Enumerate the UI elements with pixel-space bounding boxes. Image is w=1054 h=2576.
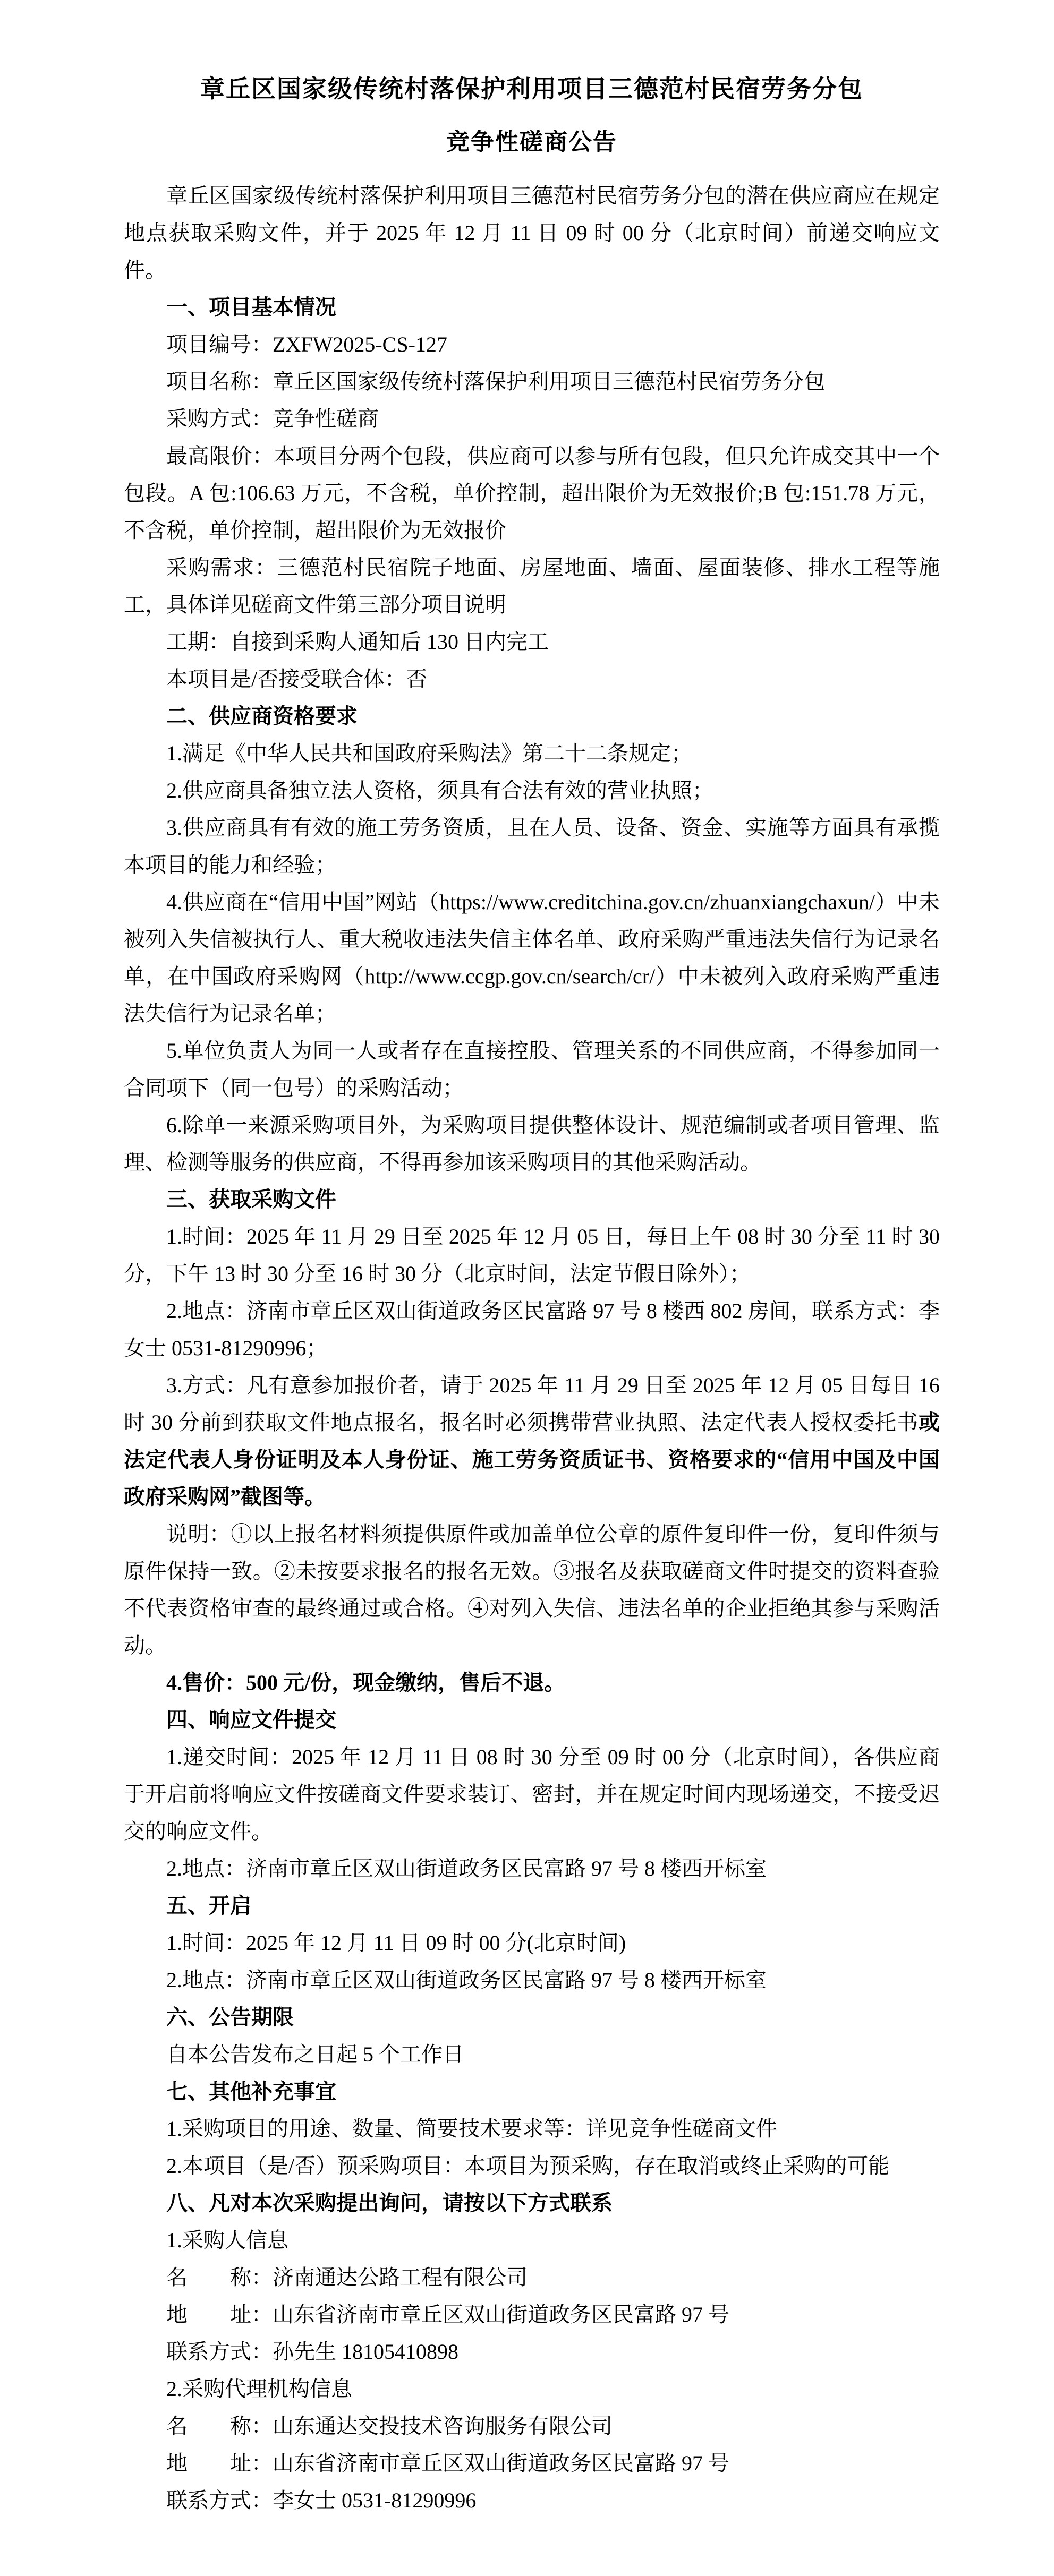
section-obtain-documents: 三、获取采购文件 1.时间：2025 年 11 月 29 日至 2025 年 1…: [124, 1181, 940, 1701]
heading-opening: 五、开启: [124, 1887, 940, 1924]
para-obtain-time: 1.时间：2025 年 11 月 29 日至 2025 年 12 月 05 日，…: [124, 1218, 940, 1293]
page-title-line-2: 竞争性磋商公告: [124, 116, 940, 169]
para-agency-address: 地 址：山东省济南市章丘区双山街道政务区民富路 97 号: [124, 2445, 940, 2482]
heading-supplier-qualification: 二、供应商资格要求: [124, 698, 940, 735]
para-agency-info-label: 2.采购代理机构信息: [124, 2370, 940, 2408]
para-project-number: 项目编号：ZXFW2025-CS-127: [124, 326, 940, 363]
para-obtain-method-normal: 3.方式：凡有意参加报价者，请于 2025 年 11 月 29 日至 2025 …: [124, 1373, 940, 1434]
para-purchaser-address: 地 址：山东省济南市章丘区双山街道政务区民富路 97 号: [124, 2296, 940, 2333]
para-announcement-period: 自本公告发布之日起 5 个工作日: [124, 2036, 940, 2073]
para-qualification-3: 3.供应商具有有效的施工劳务资质，且在人员、设备、资金、实施等方面具有承揽本项目…: [124, 809, 940, 884]
para-construction-period: 工期：自接到采购人通知后 130 日内完工: [124, 623, 940, 661]
para-procurement-method: 采购方式：竞争性磋商: [124, 400, 940, 438]
para-obtain-notes: 说明：①以上报名材料须提供原件或加盖单位公章的原件复印件一份，复印件须与原件保持…: [124, 1516, 940, 1664]
intro-paragraph: 章丘区国家级传统村落保护利用项目三德范村民宿劳务分包的潜在供应商应在规定地点获取…: [124, 177, 940, 289]
para-opening-time: 1.时间：2025 年 12 月 11 日 09 时 00 分(北京时间): [124, 1924, 940, 1962]
para-consortium: 本项目是/否接受联合体：否: [124, 661, 940, 698]
para-qualification-5: 5.单位负责人为同一人或者存在直接控股、管理关系的不同供应商，不得参加同一合同项…: [124, 1032, 940, 1107]
para-project-name: 项目名称：章丘区国家级传统村落保护利用项目三德范村民宿劳务分包: [124, 363, 940, 400]
section-opening: 五、开启 1.时间：2025 年 12 月 11 日 09 时 00 分(北京时…: [124, 1887, 940, 1999]
para-agency-contact: 联系方式：李女士 0531-81290996: [124, 2482, 940, 2519]
para-purchaser-info-label: 1.采购人信息: [124, 2222, 940, 2259]
para-qualification-4: 4.供应商在“信用中国”网站（https://www.creditchina.g…: [124, 884, 940, 1032]
section-announcement-period: 六、公告期限 自本公告发布之日起 5 个工作日: [124, 1999, 940, 2073]
section-project-info: 一、项目基本情况 项目编号：ZXFW2025-CS-127 项目名称：章丘区国家…: [124, 289, 940, 698]
para-purchaser-contact: 联系方式：孙先生 18105410898: [124, 2333, 940, 2370]
section-contact: 八、凡对本次采购提出询问，请按以下方式联系 1.采购人信息 名 称：济南通达公路…: [124, 2185, 940, 2519]
para-agency-name: 名 称：山东通达交投技术咨询服务有限公司: [124, 2408, 940, 2445]
page-title-line-1: 章丘区国家级传统村落保护利用项目三德范村民宿劳务分包: [124, 63, 940, 116]
para-qualification-2: 2.供应商具备独立法人资格，须具有合法有效的营业执照；: [124, 772, 940, 809]
para-qualification-1: 1.满足《中华人民共和国政府采购法》第二十二条规定；: [124, 735, 940, 772]
heading-response-submission: 四、响应文件提交: [124, 1701, 940, 1739]
para-submission-time: 1.递交时间：2025 年 12 月 11 日 08 时 30 分至 09 时 …: [124, 1739, 940, 1850]
section-response-submission: 四、响应文件提交 1.递交时间：2025 年 12 月 11 日 08 时 30…: [124, 1701, 940, 1887]
para-procurement-demand: 采购需求：三德范村民宿院子地面、房屋地面、墙面、屋面装修、排水工程等施工，具体详…: [124, 549, 940, 623]
para-qualification-6: 6.除单一来源采购项目外，为采购项目提供整体设计、规范编制或者项目管理、监理、检…: [124, 1107, 940, 1181]
para-max-price: 最高限价：本项目分两个包段，供应商可以参与所有包段，但只允许成交其中一个包段。A…: [124, 438, 940, 549]
para-other-1: 1.采购项目的用途、数量、简要技术要求等：详见竞争性磋商文件: [124, 2110, 940, 2147]
para-document-price: 4.售价：500 元/份，现金缴纳，售后不退。: [124, 1664, 940, 1701]
para-opening-location: 2.地点：济南市章丘区双山街道政务区民富路 97 号 8 楼西开标室: [124, 1962, 940, 1999]
document-page: 章丘区国家级传统村落保护利用项目三德范村民宿劳务分包 竞争性磋商公告 章丘区国家…: [0, 0, 1054, 2519]
heading-contact: 八、凡对本次采购提出询问，请按以下方式联系: [124, 2185, 940, 2222]
heading-project-info: 一、项目基本情况: [124, 289, 940, 326]
section-other-matters: 七、其他补充事宜 1.采购项目的用途、数量、简要技术要求等：详见竞争性磋商文件 …: [124, 2073, 940, 2185]
heading-other-matters: 七、其他补充事宜: [124, 2073, 940, 2110]
para-submission-location: 2.地点：济南市章丘区双山街道政务区民富路 97 号 8 楼西开标室: [124, 1850, 940, 1887]
para-purchaser-name: 名 称：济南通达公路工程有限公司: [124, 2259, 940, 2296]
para-obtain-method: 3.方式：凡有意参加报价者，请于 2025 年 11 月 29 日至 2025 …: [124, 1367, 940, 1516]
para-obtain-location: 2.地点：济南市章丘区双山街道政务区民富路 97 号 8 楼西 802 房间，联…: [124, 1293, 940, 1367]
section-supplier-qualification: 二、供应商资格要求 1.满足《中华人民共和国政府采购法》第二十二条规定； 2.供…: [124, 698, 940, 1181]
heading-obtain-documents: 三、获取采购文件: [124, 1181, 940, 1218]
heading-announcement-period: 六、公告期限: [124, 1999, 940, 2036]
para-other-2: 2.本项目（是/否）预采购项目：本项目为预采购，存在取消或终止采购的可能: [124, 2147, 940, 2185]
